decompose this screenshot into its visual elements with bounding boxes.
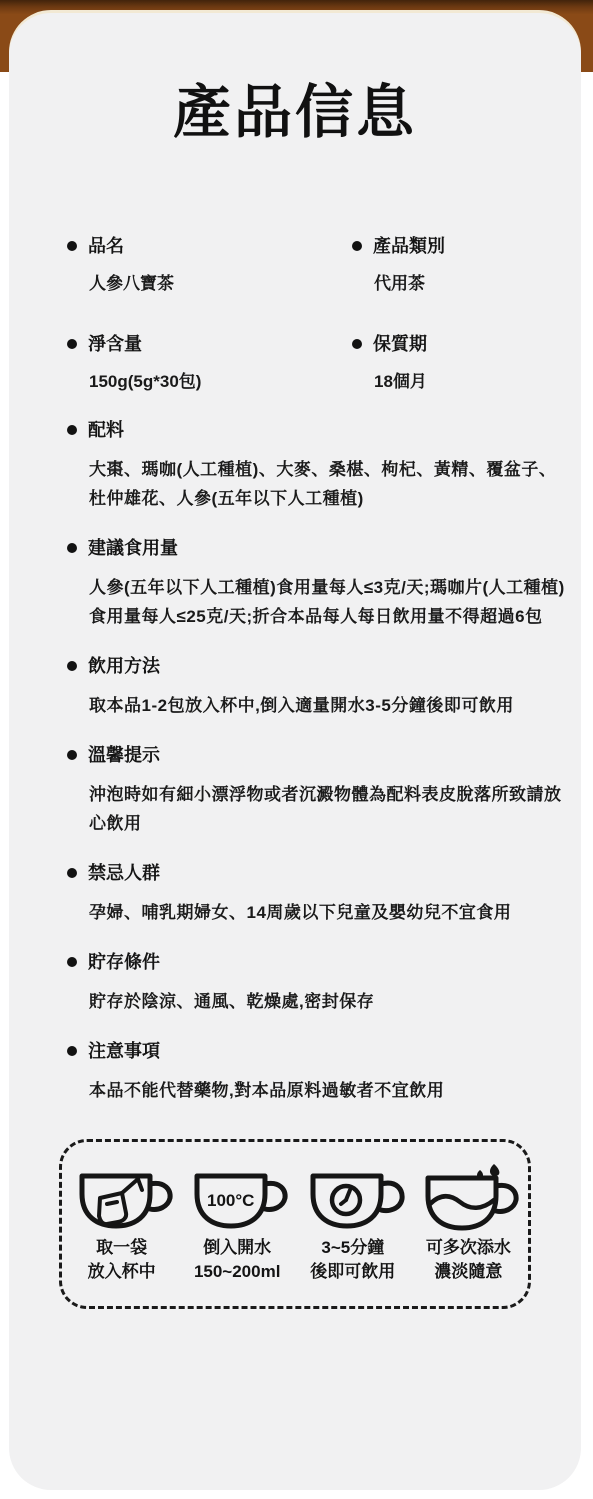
bullet-icon bbox=[67, 750, 77, 760]
step-label-line2: 濃淡隨意 bbox=[434, 1260, 502, 1284]
step-label-line1: 可多次添水 bbox=[426, 1236, 511, 1260]
cup-refill-icon bbox=[416, 1162, 520, 1236]
section-content: 人參(五年以下人工種植)食用量每人≤3克/天;瑪咖片(人工種植)食用量每人≤25… bbox=[89, 573, 567, 631]
info-value: 150g(5g*30包) bbox=[89, 369, 352, 395]
section-label-row: 建議食用量 bbox=[67, 535, 567, 561]
bullet-icon bbox=[67, 868, 77, 878]
info-label-row: 淨含量 bbox=[67, 331, 352, 357]
info-item-net-content: 淨含量 150g(5g*30包) bbox=[67, 331, 352, 395]
bullet-icon bbox=[67, 1046, 77, 1056]
bullet-icon bbox=[67, 241, 77, 251]
section-label: 飲用方法 bbox=[88, 653, 160, 679]
step-label-line2: 後即可飲用 bbox=[310, 1260, 395, 1284]
bullet-icon bbox=[67, 543, 77, 553]
card-content: 品名 人參八寶茶 產品類別 代用茶 淨含量 150g(5g*30包) bbox=[9, 233, 581, 1105]
info-grid: 品名 人參八寶茶 產品類別 代用茶 淨含量 150g(5g*30包) bbox=[67, 233, 567, 395]
page-title: 產品信息 bbox=[9, 81, 581, 145]
section-contraindicated-groups: 禁忌人群 孕婦、哺乳期婦女、14周歲以下兒童及嬰幼兒不宜食用 bbox=[67, 860, 567, 927]
cup-teabag-icon bbox=[70, 1162, 174, 1236]
cup-timer-icon bbox=[301, 1162, 405, 1236]
info-label: 產品類別 bbox=[373, 233, 445, 259]
brew-step-1: 取一袋 放入杯中 bbox=[66, 1162, 178, 1284]
section-content: 取本品1-2包放入杯中,倒入適量開水3-5分鐘後即可飲用 bbox=[89, 691, 567, 720]
product-info-card: 產品信息 品名 人參八寶茶 產品類別 代用茶 淨含量 bbox=[9, 13, 581, 1490]
section-label-row: 溫馨提示 bbox=[67, 742, 567, 768]
info-label: 保質期 bbox=[373, 331, 427, 357]
info-value: 18個月 bbox=[374, 369, 567, 395]
info-label-row: 品名 bbox=[67, 233, 352, 259]
section-label-row: 配料 bbox=[67, 417, 567, 443]
brew-step-2: 100°C 倒入開水 150~200ml bbox=[181, 1162, 293, 1284]
section-label-row: 飲用方法 bbox=[67, 653, 567, 679]
cup-boiling-water-icon: 100°C bbox=[185, 1162, 289, 1236]
sections-list: 配料 大棗、瑪咖(人工種植)、大麥、桑椹、枸杞、黃精、覆盆子、杜仲雄花、人參(五… bbox=[67, 417, 567, 1105]
section-suggested-intake: 建議食用量 人參(五年以下人工種植)食用量每人≤3克/天;瑪咖片(人工種植)食用… bbox=[67, 535, 567, 631]
bullet-icon bbox=[67, 661, 77, 671]
section-label: 禁忌人群 bbox=[88, 860, 160, 886]
info-item-category: 產品類別 代用茶 bbox=[352, 233, 567, 297]
section-storage-conditions: 貯存條件 貯存於陰涼、通風、乾燥處,密封保存 bbox=[67, 949, 567, 1016]
step-label-line1: 倒入開水 bbox=[203, 1236, 271, 1260]
section-label: 配料 bbox=[88, 417, 124, 443]
section-warm-tips: 溫馨提示 沖泡時如有細小漂浮物或者沉澱物體為配料表皮脫落所致請放心飲用 bbox=[67, 742, 567, 838]
info-label: 品名 bbox=[88, 233, 124, 259]
brewing-steps-box: 取一袋 放入杯中 100°C 倒入開水 150~200ml bbox=[59, 1139, 531, 1309]
info-label-row: 保質期 bbox=[352, 331, 567, 357]
brew-step-4: 可多次添水 濃淡隨意 bbox=[412, 1162, 524, 1284]
section-label-row: 注意事項 bbox=[67, 1038, 567, 1064]
section-content: 孕婦、哺乳期婦女、14周歲以下兒童及嬰幼兒不宜食用 bbox=[89, 898, 567, 927]
section-label: 注意事項 bbox=[88, 1038, 160, 1064]
bullet-icon bbox=[67, 425, 77, 435]
brew-step-3: 3~5分鐘 後即可飲用 bbox=[297, 1162, 409, 1284]
temperature-badge: 100°C bbox=[207, 1191, 254, 1210]
bullet-icon bbox=[352, 241, 362, 251]
step-label-line2: 放入杯中 bbox=[88, 1260, 156, 1284]
section-label-row: 貯存條件 bbox=[67, 949, 567, 975]
bullet-icon bbox=[67, 339, 77, 349]
section-label: 貯存條件 bbox=[88, 949, 160, 975]
section-content: 大棗、瑪咖(人工種植)、大麥、桑椹、枸杞、黃精、覆盆子、杜仲雄花、人參(五年以下… bbox=[89, 455, 567, 513]
section-content: 貯存於陰涼、通風、乾燥處,密封保存 bbox=[89, 987, 567, 1016]
bullet-icon bbox=[67, 957, 77, 967]
bullet-icon bbox=[352, 339, 362, 349]
info-value: 人參八寶茶 bbox=[89, 271, 352, 297]
step-label-line1: 3~5分鐘 bbox=[321, 1236, 384, 1260]
section-precautions: 注意事項 本品不能代替藥物,對本品原料過敏者不宜飲用 bbox=[67, 1038, 567, 1105]
info-label-row: 產品類別 bbox=[352, 233, 567, 259]
info-value: 代用茶 bbox=[374, 271, 567, 297]
section-drinking-method: 飲用方法 取本品1-2包放入杯中,倒入適量開水3-5分鐘後即可飲用 bbox=[67, 653, 567, 720]
info-item-shelf-life: 保質期 18個月 bbox=[352, 331, 567, 395]
step-label-line1: 取一袋 bbox=[96, 1236, 147, 1260]
section-content: 沖泡時如有細小漂浮物或者沉澱物體為配料表皮脫落所致請放心飲用 bbox=[89, 780, 567, 838]
info-label: 淨含量 bbox=[88, 331, 142, 357]
section-content: 本品不能代替藥物,對本品原料過敏者不宜飲用 bbox=[89, 1076, 567, 1105]
section-label: 建議食用量 bbox=[88, 535, 178, 561]
info-item-product-name: 品名 人參八寶茶 bbox=[67, 233, 352, 297]
section-label: 溫馨提示 bbox=[88, 742, 160, 768]
section-ingredients: 配料 大棗、瑪咖(人工種植)、大麥、桑椹、枸杞、黃精、覆盆子、杜仲雄花、人參(五… bbox=[67, 417, 567, 513]
step-label-line2: 150~200ml bbox=[194, 1260, 281, 1284]
section-label-row: 禁忌人群 bbox=[67, 860, 567, 886]
